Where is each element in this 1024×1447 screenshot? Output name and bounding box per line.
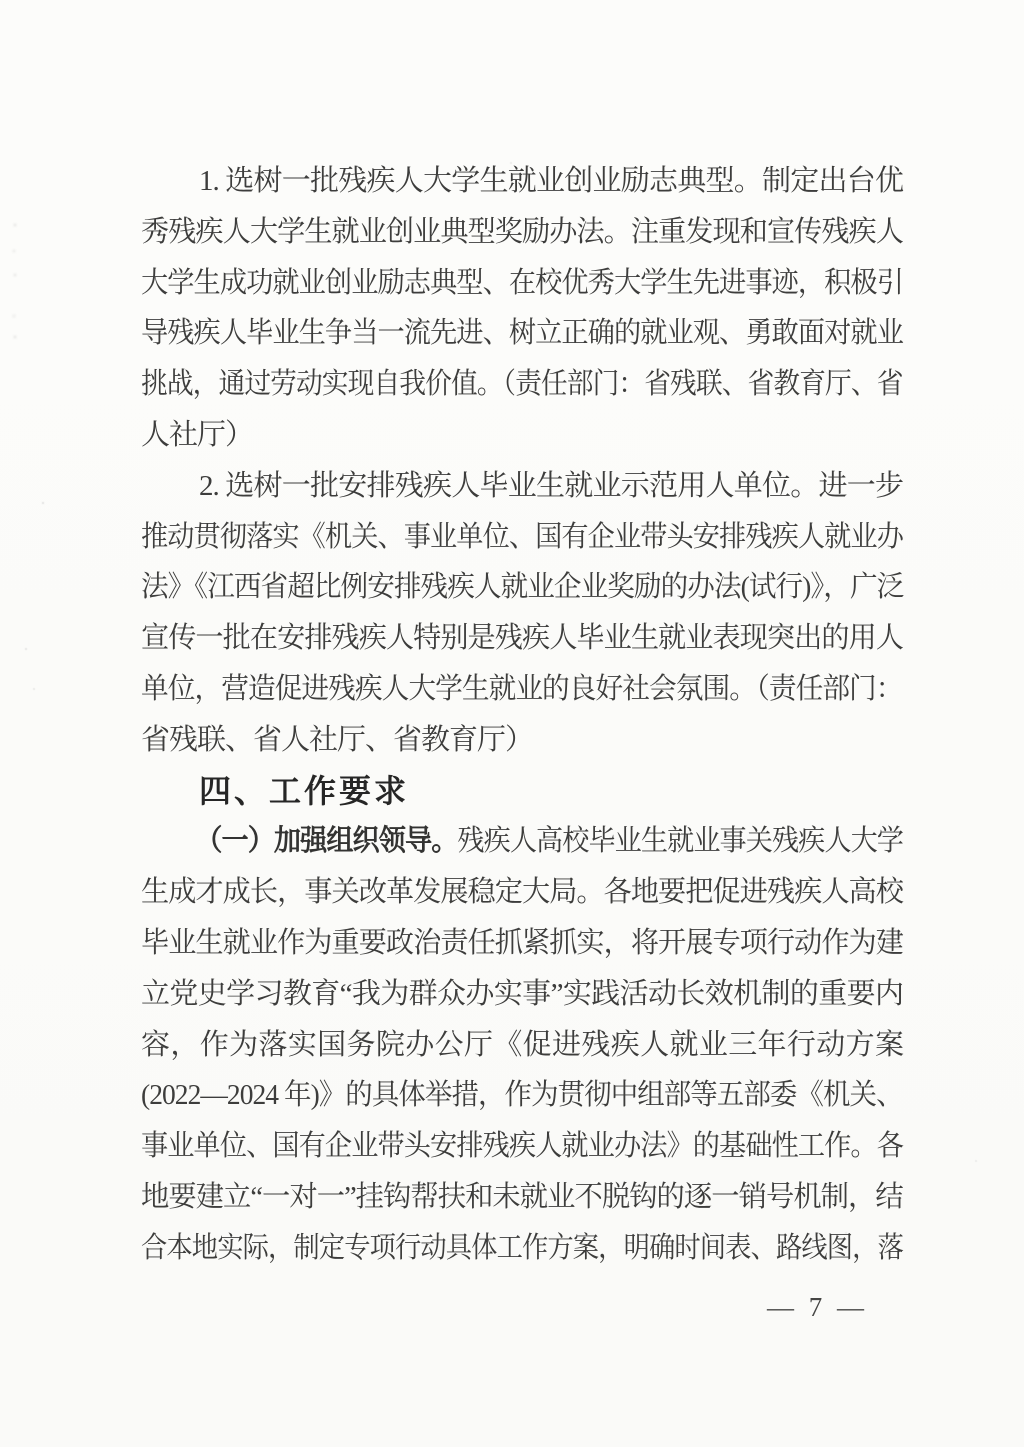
- text-line: 秀残疾人大学生就业创业典型奖励办法。注重发现和宣传残疾人: [141, 207, 882, 258]
- text-line: (2022—2024 年)》的具体举措，作为贯彻中组部等五部委《机关、: [141, 1070, 863, 1121]
- text-line: 单位，营造促进残疾人大学生就业的良好社会氛围。（责任部门：: [141, 664, 869, 715]
- text-line: 人社厅）: [141, 410, 903, 461]
- text-line: 挑战，通过劳动实现自我价值。（责任部门：省残联、省教育厅、省: [141, 359, 844, 410]
- text-line: 地要建立“一对一”挂钩帮扶和未就业不脱钩的逐一销号机制，结: [141, 1172, 885, 1223]
- page-number: — 7 —: [760, 1292, 872, 1323]
- text-line: 省残联、省人社厅、省教育厅）: [141, 715, 903, 766]
- text-line: 1. 选树一批残疾人大学生就业创业励志典型。制定出台优: [141, 156, 903, 207]
- section-heading: 四、工作要求: [141, 766, 903, 817]
- text-line: 导残疾人毕业生争当一流先进、树立正确的就业观、勇敢面对就业: [141, 308, 856, 359]
- text-line: （一）加强组织领导。残疾人高校毕业生就业事关残疾人大学: [141, 816, 854, 867]
- text-line: 宣传一批在安排残疾人特别是残疾人毕业生就业表现突出的用人: [141, 613, 882, 664]
- text-line: 推动贯彻落实《机关、事业单位、国有企业带头安排残疾人就业办: [141, 512, 856, 563]
- paragraph-lead: （一）加强组织领导。: [195, 825, 457, 857]
- text-line: 大学生成功就业创业励志典型、在校优秀大学生先进事迹，积极引: [141, 258, 856, 309]
- text-line: 法》《江西省超比例安排残疾人就业企业奖励的办法(试行)》，广泛: [141, 562, 867, 613]
- text-line: 合本地实际，制定专项行动具体工作方案，明确时间表、路线图，落: [141, 1223, 832, 1274]
- text-line: 生成才成长，事关改革发展稳定大局。各地要把促进残疾人高校: [141, 867, 882, 918]
- text-line: 容，作为落实国务院办公厅《促进残疾人就业三年行动方案: [141, 1020, 903, 1071]
- document-page: 1. 选树一批残疾人大学生就业创业励志典型。制定出台优秀残疾人大学生就业创业典型…: [0, 0, 1024, 1447]
- text-line: 立党史学习教育“我为群众办实事”实践活动长效机制的重要内: [141, 969, 903, 1020]
- scan-noise-artifacts: [0, 0, 2, 2]
- text-line: 毕业生就业作为重要政治责任抓紧抓实，将开展专项行动作为建: [141, 918, 882, 969]
- text-line: 事业单位、国有企业带头安排残疾人就业办法》的基础性工作。各: [141, 1121, 856, 1172]
- document-body: 1. 选树一批残疾人大学生就业创业励志典型。制定出台优秀残疾人大学生就业创业典型…: [141, 156, 903, 1274]
- text-line: 2. 选树一批安排残疾人毕业生就业示范用人单位。进一步: [141, 461, 903, 512]
